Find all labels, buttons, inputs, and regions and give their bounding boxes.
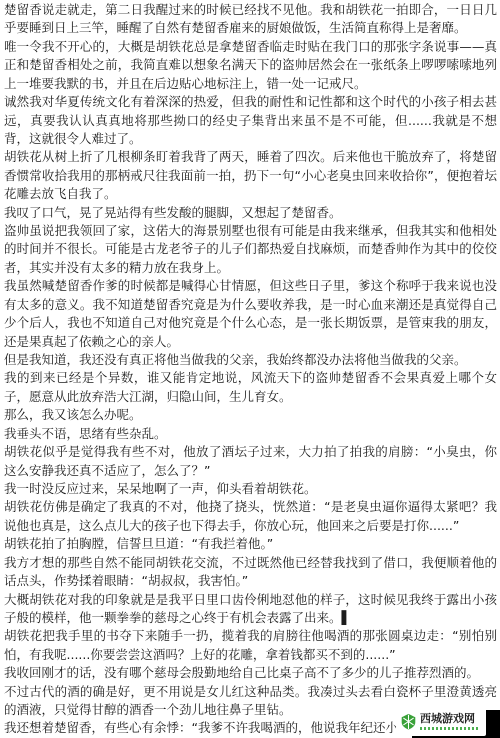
paragraph: 唯一令我不开心的，大概是胡铁花总是拿楚留香临走时贴在我门口的那张字条说事——真正… xyxy=(4,38,497,93)
paragraph: 诚然我对华夏传统文化有着深深的热爱，但我的耐性和记性都和这个时代的小孩子相去甚远… xyxy=(4,93,497,148)
novel-text-body: 楚留香说走就走，第二日我醒过来的时候已经找不见他。我和胡铁花一拍即合，一日日几乎… xyxy=(0,0,500,738)
paragraph-with-cursor: 大概胡铁花对我的印象就是是我平日里口齿伶俐地怼他的样子，这时候见我终于露出小孩子… xyxy=(4,591,497,628)
watermark-shield-logo xyxy=(400,713,417,730)
paragraph: 胡铁花似乎是觉得我有些不对，他放了酒坛子过来，大力拍了拍我的肩膀：“小臭虫，你这… xyxy=(4,443,497,480)
paragraph: 那么，我又该怎么办呢。 xyxy=(4,406,497,424)
paragraph: 我一时没反应过来，呆呆地啊了一声，仰头看着胡铁花。 xyxy=(4,480,497,498)
paragraph: 楚留香说走就走，第二日我醒过来的时候已经找不见他。我和胡铁花一拍即合，一日日几乎… xyxy=(4,1,497,38)
site-watermark: 西城游戏网 xyxy=(396,706,486,736)
paragraph: 盗帅虽说把我领回了家，这偌大的海景别墅也很有可能是由我来继承，但我其实和他相处的… xyxy=(4,222,497,277)
paragraph: 我的到来已经是个异数，谁又能肯定地说，风流天下的盗帅楚留香不会果真爱上哪个女子，… xyxy=(4,369,497,406)
paragraph: 我收回刚才的话，没有哪个慈母会殷勤地给自己比桌子高不了多少的儿子推荐烈酒的。 xyxy=(4,664,497,682)
novel-reader-page: 楚留香说走就走，第二日我醒过来的时候已经找不见他。我和胡铁花一拍即合，一日日几乎… xyxy=(0,0,500,738)
watermark-site-name: 西城游戏网 xyxy=(420,713,478,725)
paragraph: 胡铁花拍了拍胸膛，信誓旦旦道：“有我拦着他。” xyxy=(4,535,497,553)
paragraph: 但是我知道，我还没有真正将他当做我的父亲，我始终都没办法将他当做我的父亲。 xyxy=(4,351,497,369)
paragraph: 我虽然喊楚留香作爹的时候都是喊得心甘情愿，但这些日子里，爹这个称呼于我来说也没有… xyxy=(4,277,497,351)
paragraph: 我垂头不语，思绪有些杂乱。 xyxy=(4,425,497,443)
paragraph: 我方才想的那些自然不能同胡铁花交流，不过既然他已经替我找到了借口，我便顺着他的话… xyxy=(4,554,497,591)
paragraph: 胡铁花从树上折了几根柳条盯着我背了两天，睡着了四次。后来他也干脆放弃了，将楚留香… xyxy=(4,148,497,203)
censor-bar-corner xyxy=(486,710,500,738)
paragraph: 我叹了口气，晃了晃站得有些发酸的腿脚，又想起了楚留香。 xyxy=(4,204,497,222)
paragraph: 胡铁花仿佛是确定了我真的不对，他挠了挠头，恍然道：“是老臭虫逼你逼得太紧吧？我说… xyxy=(4,498,497,535)
watermark-tagline xyxy=(420,727,478,730)
paragraph: 胡铁花把我手里的书夺下来随手一扔，揽着我的肩膀往他喝酒的那张圆桌边走：“别怕别怕… xyxy=(4,627,497,664)
